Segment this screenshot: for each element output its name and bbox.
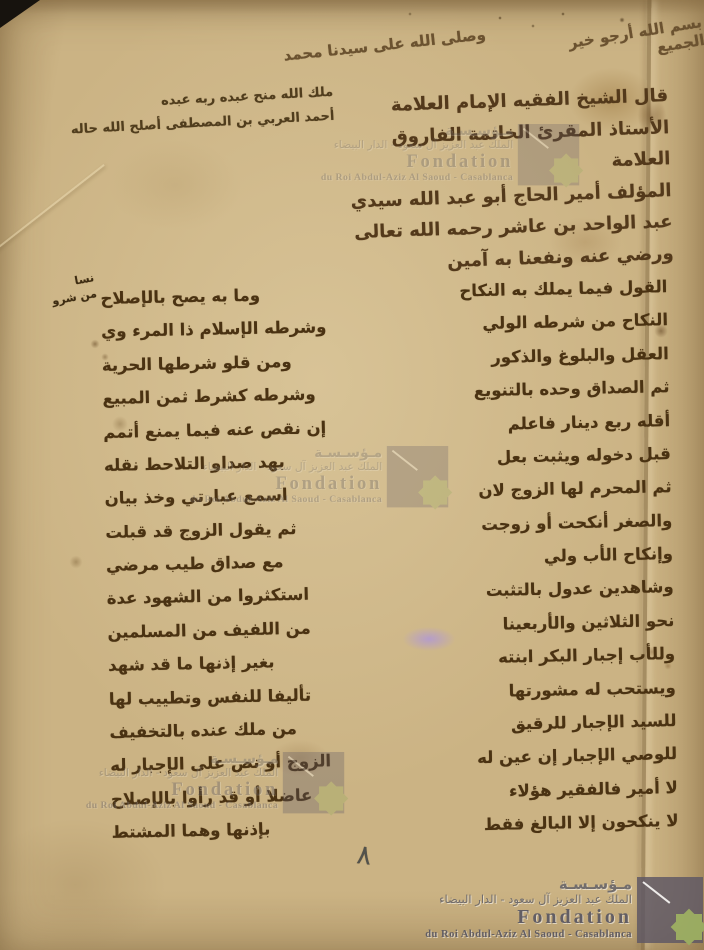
hemistich-right: للوصي الإجبار إن عين له bbox=[477, 744, 677, 767]
hemistich-left: إن نقص عنه فيما يمنع أتمم bbox=[103, 418, 326, 442]
verse-row: قبل دخوله ويثبت بعلبهد صداو التلاحط نقله bbox=[104, 444, 671, 475]
hemistich-left: الزوج أو نص على الإجبار له bbox=[110, 752, 331, 776]
verse-row: لا ينكحون إلا البالغ فقطبإذنها وهما المش… bbox=[111, 811, 678, 842]
hemistich-left: اسمع عبارتي وخذ بيان bbox=[104, 485, 287, 508]
watermark-subtitle-french: du Roi Abdul-Aziz Al Saoud - Casablanca bbox=[406, 928, 632, 941]
hemistich-right: العقل والبلوغ والذكور bbox=[491, 344, 669, 367]
verse-row: للوصي الإجبار إن عين لهالزوج أو نص على ا… bbox=[110, 744, 677, 775]
hemistich-left: بإذنها وهما المشتط bbox=[111, 820, 270, 842]
intro-line: الأستاذ المقرئ الخاتمة الفاروق العلامة bbox=[331, 112, 671, 187]
verse-row: وشاهدين عدول بالتثبتاستكثروا من الشهود ع… bbox=[107, 577, 674, 608]
hemistich-right: للسيد الإجبار للرقيق bbox=[511, 711, 677, 733]
watermark-title-french: Fondation bbox=[406, 907, 632, 928]
watermark-title-arabic: مـؤسـسـة bbox=[406, 877, 632, 892]
verse-row: لا أمير فالفقير هؤلاءعاضلا أو قد رأوا با… bbox=[111, 778, 678, 809]
header-blessing-text: وصلى الله على سيدنا محمد bbox=[283, 25, 487, 64]
verse-row: للسيد الإجبار للرقيقمن ملك عنده بالتخفيف bbox=[109, 711, 676, 742]
hemistich-left: ومن قلو شرطها الحرية bbox=[102, 352, 292, 375]
hemistich-left: من ملك عنده بالتخفيف bbox=[109, 719, 297, 742]
verse-row: وللأب إجبار البكر ابنتهبغير إذنها ما قد … bbox=[108, 644, 675, 675]
page-number: ٨ bbox=[355, 839, 373, 872]
hemistich-right: ويستحب له مشورتها bbox=[508, 678, 676, 700]
hemistich-right: لا ينكحون إلا البالغ فقط bbox=[484, 811, 679, 834]
hemistich-right: قبل دخوله ويثبت بعل bbox=[497, 444, 671, 467]
watermark-subtitle-arabic: الملك عبد العزيز آل سعود - الدار البيضاء bbox=[406, 892, 632, 907]
manuscript-page: وصلى الله على سيدنا محمد بسم الله أرجو خ… bbox=[0, 0, 704, 950]
hemistich-right: لا أمير فالفقير هؤلاء bbox=[509, 778, 678, 801]
hemistich-right: وإنكاح الأب ولي bbox=[544, 544, 673, 566]
binding-corner bbox=[0, 0, 40, 28]
verse-row: أقله ربع دينار فاعلمإن نقص عنه فيما يمنع… bbox=[103, 411, 670, 442]
hemistich-right: والصغر أنكحت أو زوجت bbox=[481, 511, 672, 534]
hemistich-left: عاضلا أو قد رأوا بالإصلاح bbox=[111, 785, 313, 808]
watermark-text: مـؤسـسـة الملك عبد العزيز آل سعود - الدا… bbox=[406, 877, 632, 941]
hemistich-left: ثم يقول الزوج قد قبلت bbox=[105, 519, 297, 542]
margin-note: نسا من شرو bbox=[2, 270, 98, 317]
paper-crease bbox=[0, 164, 105, 258]
hemistich-right: ثم المحرم لها الزوج لان bbox=[478, 477, 672, 500]
verse-row: النكاح من شرطه الوليوشرطه الإسلام ذا الم… bbox=[101, 310, 668, 341]
hemistich-left: استكثروا من الشهود عدة bbox=[107, 585, 310, 608]
hemistich-left: بهد صداو التلاحط نقله bbox=[104, 452, 285, 475]
verse-row: والصغر أنكحت أو زوجتثم يقول الزوج قد قبل… bbox=[105, 511, 672, 542]
hemistich-left: مع صداق طيب مرضي bbox=[106, 552, 284, 575]
hemistich-right: ثم الصداق وحده بالتنويع bbox=[474, 377, 670, 400]
hemistich-right: نحو الثلاثين والأربعينا bbox=[502, 611, 674, 634]
intro-block: قال الشيخ الفقيه الإمام العلامة الأستاذ … bbox=[330, 80, 674, 281]
verse-row: القول فيما يملك به النكاحوما به يصح بالإ… bbox=[100, 277, 667, 308]
verse-row: نحو الثلاثين والأربعينامن اللفيف من المس… bbox=[107, 611, 674, 642]
hemistich-left: من اللفيف من المسلمين bbox=[107, 618, 311, 641]
hemistich-left: وشرطه كشرط ثمن المبيع bbox=[102, 385, 315, 408]
hemistich-right: أقله ربع دينار فاعلم bbox=[508, 411, 671, 433]
ownership-note: ملك الله منح عبده ربه عبده أحمد العربي ب… bbox=[55, 81, 335, 143]
verse-row: ثم المحرم لها الزوج لاناسمع عبارتي وخذ ب… bbox=[104, 477, 671, 508]
verse-row: وإنكاح الأب وليمع صداق طيب مرضي bbox=[106, 544, 673, 575]
hemistich-left: وما به يصح بالإصلاح bbox=[100, 286, 260, 308]
hemistich-left: تأليفا للنفس وتطييب لها bbox=[109, 685, 312, 708]
verse-row: ويستحب له مشورتهاتأليفا للنفس وتطييب لها bbox=[109, 678, 676, 709]
hemistich-right: النكاح من شرطه الولي bbox=[482, 310, 668, 333]
hemistich-right: وشاهدين عدول بالتثبت bbox=[486, 577, 674, 600]
verse-row: ثم الصداق وحده بالتنويعوشرطه كشرط ثمن ال… bbox=[102, 377, 669, 408]
hemistich-right: وللأب إجبار البكر ابنته bbox=[498, 644, 675, 667]
hemistich-right: القول فيما يملك به النكاح bbox=[459, 277, 667, 300]
hemistich-left: وشرطه الإسلام ذا المرء وي bbox=[101, 318, 327, 342]
hemistich-left: بغير إذنها ما قد شهد bbox=[108, 653, 275, 675]
poem-body: القول فيما يملك به النكاحوما به يصح بالإ… bbox=[100, 277, 678, 842]
verse-row: العقل والبلوغ والذكورومن قلو شرطها الحري… bbox=[102, 344, 669, 375]
